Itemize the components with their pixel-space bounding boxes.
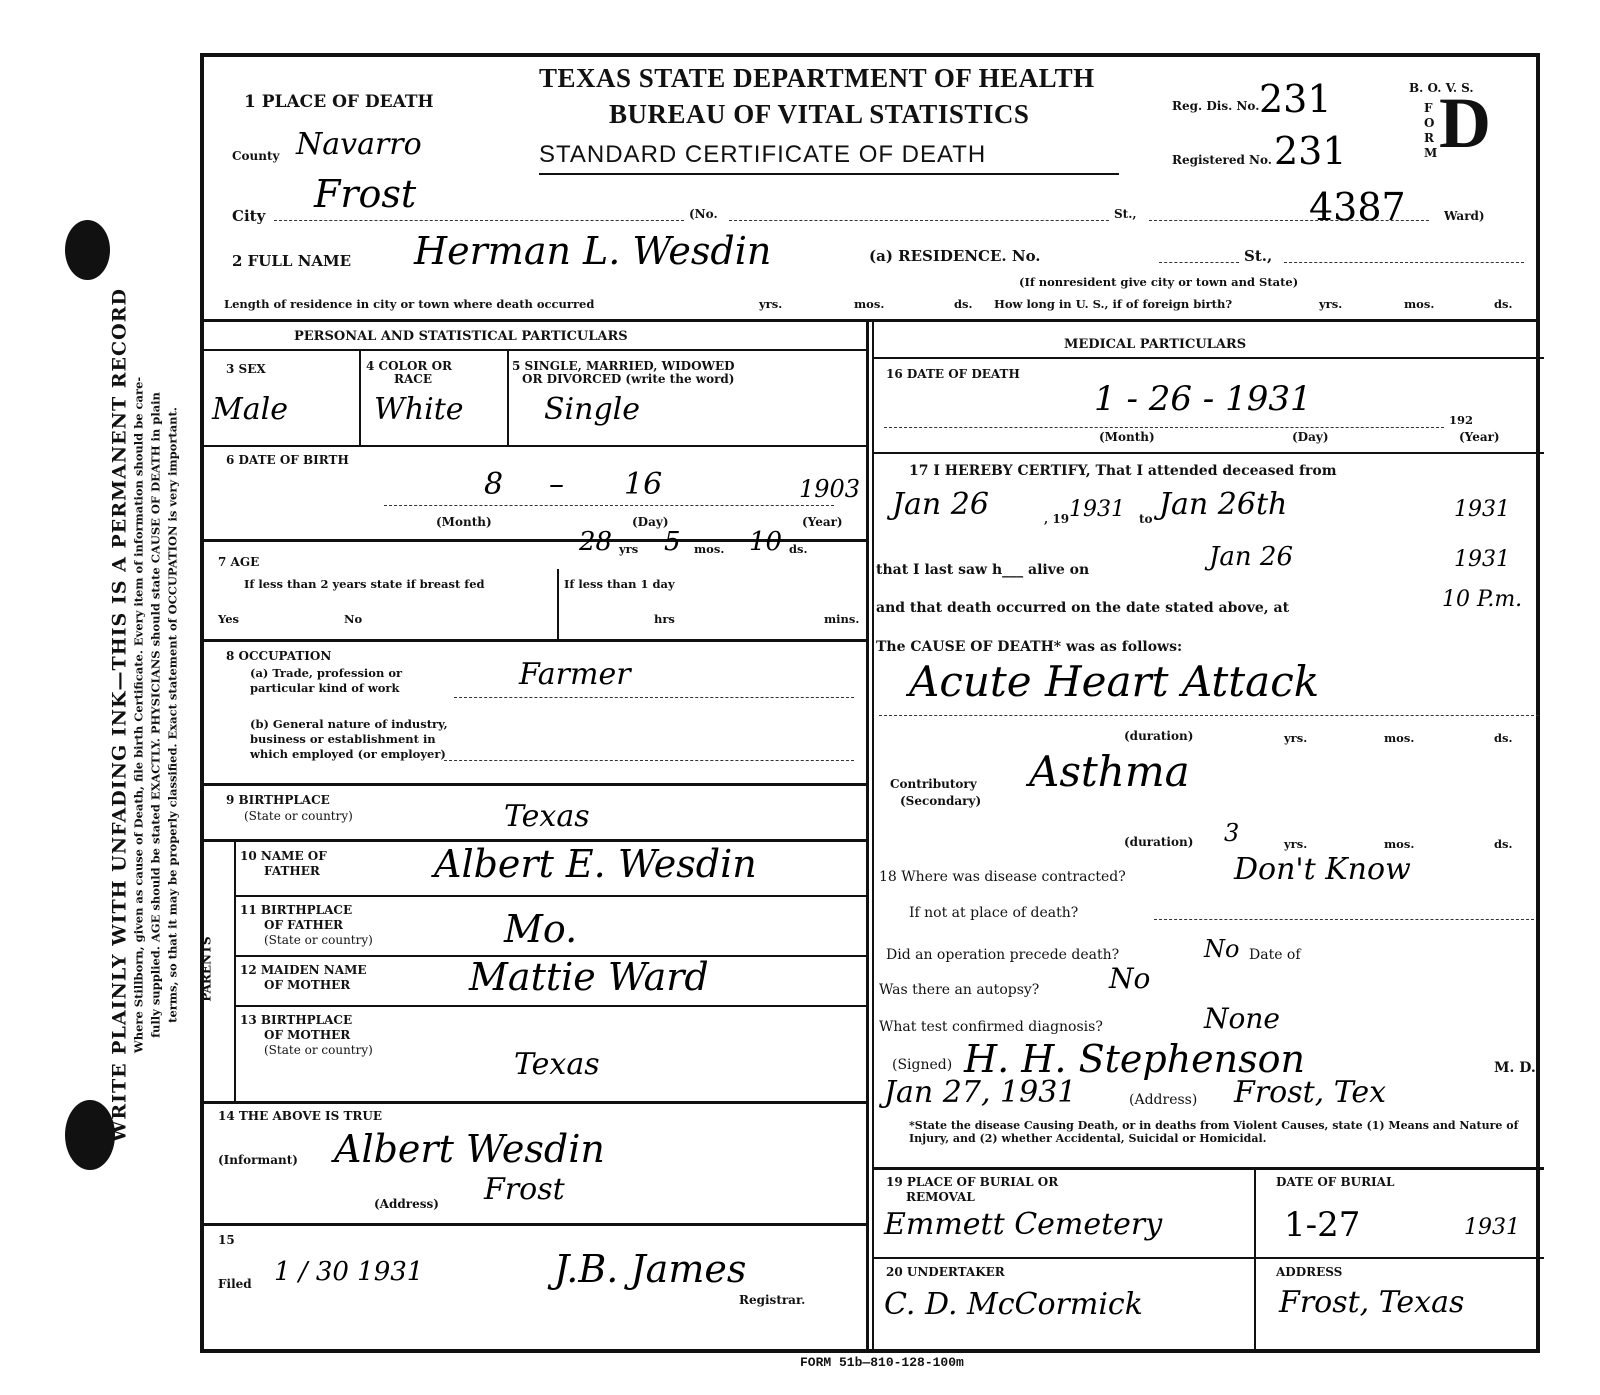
residence-label: (a) RESIDENCE. No.: [869, 247, 1041, 265]
filed-date-value: 1 / 30 1931: [274, 1257, 423, 1287]
reg-dis-label: Reg. Dis. No.: [1172, 99, 1259, 113]
state-country-label: (State or country): [264, 1043, 373, 1057]
undertaker-value: C. D. McCormick: [884, 1287, 1143, 1322]
occupation-label: 8 OCCUPATION: [226, 649, 331, 663]
year-prefix: 192: [1449, 413, 1473, 427]
dob-year: 1903: [799, 475, 860, 503]
signed-label: (Signed): [892, 1057, 952, 1073]
state-country-label: (State or country): [264, 933, 373, 947]
day-caption: (Day): [1292, 430, 1329, 444]
residence-note: (If nonresident give city or town and St…: [1019, 275, 1298, 289]
race-value: White: [374, 392, 464, 427]
death-certificate-form: 1 PLACE OF DEATH County Navarro City Fro…: [200, 53, 1540, 1353]
dob-label: 6 DATE OF BIRTH: [226, 453, 349, 467]
mother-birthplace-value: Texas: [514, 1047, 600, 1082]
test-confirmed-label: What test confirmed diagnosis?: [879, 1019, 1103, 1035]
yes-label: Yes: [218, 612, 239, 626]
attended-from-year: 1931: [1069, 497, 1125, 522]
ward-value: 4387: [1309, 185, 1406, 229]
marital-label: 5 SINGLE, MARRIED, WIDOWED: [512, 359, 735, 373]
yrs-label: yrs.: [1284, 837, 1307, 851]
registrar-signature: J.B. James: [554, 1247, 746, 1291]
mother-name-label: 12 MAIDEN NAME: [240, 963, 367, 977]
month-caption: (Month): [1099, 430, 1155, 444]
cause-of-death-label: The CAUSE OF DEATH* was as follows:: [876, 639, 1182, 655]
mother-name-label-2: OF MOTHER: [264, 978, 350, 992]
last-saw-year: 1931: [1454, 547, 1510, 572]
street-no-label: (No.: [689, 207, 718, 221]
sex-value: Male: [212, 392, 288, 427]
less-than-day-label: If less than 1 day: [564, 577, 675, 591]
full-name-label: 2 FULL NAME: [232, 252, 351, 270]
duration-label: (duration): [1124, 835, 1193, 849]
full-name-value: Herman L. Wesdin: [414, 229, 771, 273]
sex-label: 3 SEX: [226, 362, 266, 376]
yrs-label: yrs.: [1284, 731, 1307, 745]
occupation-value: Farmer: [519, 657, 631, 692]
mos-label: mos.: [1384, 731, 1414, 745]
reg-dis-value: 231: [1259, 77, 1332, 121]
informant-value: Albert Wesdin: [334, 1127, 605, 1171]
form-number: FORM 51b—810-128-100m: [800, 1355, 964, 1370]
residence-street-label: St.,: [1244, 247, 1272, 265]
date-of-death-label: 16 DATE OF DEATH: [886, 367, 1020, 381]
age-days: 10: [749, 527, 782, 557]
bureau-title: BUREAU OF VITAL STATISTICS: [609, 99, 1029, 130]
instruction-line: terms, so that it may be properly classi…: [165, 95, 182, 1335]
contributory-duration-years: 3: [1224, 819, 1239, 847]
father-birthplace-label: 11 BIRTHPLACE: [240, 903, 352, 917]
time-of-death: 10 P.m.: [1442, 587, 1522, 612]
registrar-label: Registrar.: [739, 1293, 805, 1307]
autopsy-label: Was there an autopsy?: [879, 982, 1039, 998]
not-place-label: If not at place of death?: [909, 905, 1078, 921]
hrs-label: hrs: [654, 612, 675, 626]
mother-birthplace-label-2: OF MOTHER: [264, 1028, 350, 1042]
burial-date-label: DATE OF BURIAL: [1276, 1175, 1394, 1189]
side-instructions: WRITE PLAINLY WITH UNFADING INK—THIS IS …: [95, 90, 195, 1340]
ds-label: ds.: [789, 542, 808, 556]
mother-name-value: Mattie Ward: [469, 955, 709, 999]
yrs-label: yrs.: [759, 297, 782, 311]
contributory-value: Asthma: [1029, 747, 1190, 796]
form-d-letter: D: [1439, 82, 1491, 165]
attended-to-date: Jan 26th: [1159, 487, 1287, 522]
age-years: 28: [579, 527, 612, 557]
undertaker-address-value: Frost, Texas: [1279, 1285, 1464, 1320]
length-residence-label: Length of residence in city or town wher…: [224, 297, 594, 311]
last-saw-date: Jan 26: [1209, 542, 1293, 572]
age-months: 5: [664, 527, 681, 557]
operation-value: No: [1204, 935, 1239, 963]
cause-footnote: *State the disease Causing Death, or in …: [909, 1119, 1534, 1145]
last-saw-label: that I last saw h___ alive on: [876, 562, 1089, 578]
ink-blot: [65, 220, 110, 280]
physician-address-value: Frost, Tex: [1234, 1075, 1386, 1110]
month-caption: (Month): [436, 515, 492, 529]
informant-address-label: (Address): [374, 1197, 439, 1211]
to-label: to: [1139, 512, 1153, 526]
undertaker-address-label: ADDRESS: [1276, 1265, 1342, 1279]
occupation-a-label: (a) Trade, profession or: [250, 666, 402, 680]
duration-label: (duration): [1124, 729, 1193, 743]
father-birthplace-value: Mo.: [504, 907, 577, 951]
how-long-us-label: How long in U. S., if of foreign birth?: [994, 297, 1232, 311]
city-label: City: [232, 207, 265, 225]
state-country-label: (State or country): [244, 809, 353, 823]
county-value: Navarro: [296, 127, 422, 162]
ds-label: ds.: [1494, 837, 1513, 851]
ds-label: ds.: [1494, 297, 1513, 311]
instruction-line: fully supplied. AGE should be stated EXA…: [148, 95, 165, 1335]
date-of-death-value: 1 - 26 - 1931: [1094, 379, 1312, 419]
father-name-label: 10 NAME OF: [240, 849, 327, 863]
race-label: 4 COLOR OR: [366, 359, 452, 373]
occupation-b-label-3: which employed (or employer): [250, 747, 446, 761]
personal-section-title: PERSONAL AND STATISTICAL PARTICULARS: [294, 329, 628, 344]
birthplace-label: 9 BIRTHPLACE: [226, 793, 330, 807]
above-is-true-label: 14 THE ABOVE IS TRUE: [218, 1109, 382, 1123]
where-contracted-value: Don't Know: [1234, 852, 1411, 887]
mos-label: mos.: [694, 542, 724, 556]
father-name-value: Albert E. Wesdin: [434, 842, 757, 886]
race-label-2: RACE: [394, 372, 432, 386]
marital-value: Single: [544, 392, 640, 427]
occupation-b-label-2: business or establishment in: [250, 732, 436, 746]
dob-month: 8: [484, 467, 503, 502]
medical-section-title: MEDICAL PARTICULARS: [1064, 337, 1246, 352]
age-label: 7 AGE: [218, 555, 259, 569]
county-label: County: [232, 149, 280, 163]
md-label: M. D.: [1494, 1060, 1536, 1076]
test-confirmed-value: None: [1204, 1002, 1280, 1035]
ink-blot: [65, 1100, 115, 1170]
contributory-label: Contributory: [890, 777, 977, 791]
ds-label: ds.: [1494, 731, 1513, 745]
form-vertical-label: FORM: [1424, 101, 1436, 161]
instruction-line: Where Stillborn, given as cause of Death…: [131, 95, 148, 1335]
breast-fed-label: If less than 2 years state if breast fed: [244, 577, 485, 591]
burial-place-label-2: REMOVAL: [906, 1190, 975, 1204]
street-label: St.,: [1114, 207, 1137, 221]
attended-from-date: Jan 26: [892, 487, 989, 522]
burial-year-value: 1931: [1464, 1215, 1520, 1240]
physician-address-label: (Address): [1129, 1092, 1197, 1108]
filed-label: Filed: [218, 1277, 252, 1291]
operation-label: Did an operation precede death?: [886, 947, 1119, 963]
mother-birthplace-label: 13 BIRTHPLACE: [240, 1013, 352, 1027]
secondary-label: (Secondary): [900, 794, 981, 808]
year-caption: (Year): [802, 515, 843, 529]
ds-label: ds.: [954, 297, 973, 311]
father-name-label-2: FATHER: [264, 864, 320, 878]
no-label: No: [344, 612, 362, 626]
informant-label: (Informant): [218, 1153, 298, 1167]
department-title: TEXAS STATE DEPARTMENT OF HEALTH: [539, 63, 1095, 94]
place-of-death-label: 1 PLACE OF DEATH: [244, 92, 434, 112]
death-occurred-label: and that death occurred on the date stat…: [876, 600, 1289, 616]
mos-label: mos.: [1384, 837, 1414, 851]
where-contracted-label: 18 Where was disease contracted?: [879, 869, 1126, 885]
occupation-b-label: (b) General nature of industry,: [250, 717, 448, 731]
birthplace-value: Texas: [504, 799, 590, 834]
certificate-title: STANDARD CERTIFICATE OF DEATH: [539, 141, 986, 169]
dob-day: 16: [624, 467, 662, 502]
occupation-a-label-2: particular kind of work: [250, 681, 399, 695]
signed-date: Jan 27, 1931: [884, 1075, 1076, 1110]
date-of-label: Date of: [1249, 947, 1301, 963]
registered-value: 231: [1274, 129, 1347, 173]
ward-label: Ward): [1444, 209, 1485, 223]
burial-place-value: Emmett Cemetery: [884, 1207, 1162, 1242]
burial-place-label: 19 PLACE OF BURIAL OR: [886, 1175, 1058, 1189]
marital-label-2: OR DIVORCED (write the word): [522, 372, 734, 386]
cause-of-death-value: Acute Heart Attack: [909, 657, 1319, 706]
autopsy-value: No: [1109, 962, 1150, 995]
undertaker-label: 20 UNDERTAKER: [886, 1265, 1005, 1279]
informant-address-value: Frost: [484, 1172, 565, 1207]
city-value: Frost: [314, 172, 416, 216]
mos-label: mos.: [854, 297, 884, 311]
burial-date-value: 1-27: [1284, 1205, 1360, 1245]
registered-label: Registered No.: [1172, 153, 1272, 167]
yrs-label: yrs: [619, 542, 638, 556]
certify-label: 17 I HEREBY CERTIFY, That I attended dec…: [909, 463, 1337, 479]
item-15-label: 15: [218, 1233, 235, 1247]
yrs-label: yrs.: [1319, 297, 1342, 311]
year-caption: (Year): [1459, 430, 1500, 444]
attended-to-year: 1931: [1454, 497, 1510, 522]
mins-label: mins.: [824, 612, 859, 626]
mos-label: mos.: [1404, 297, 1434, 311]
parents-label: PARENTS: [200, 936, 214, 1001]
father-birthplace-label-2: OF FATHER: [264, 918, 343, 932]
